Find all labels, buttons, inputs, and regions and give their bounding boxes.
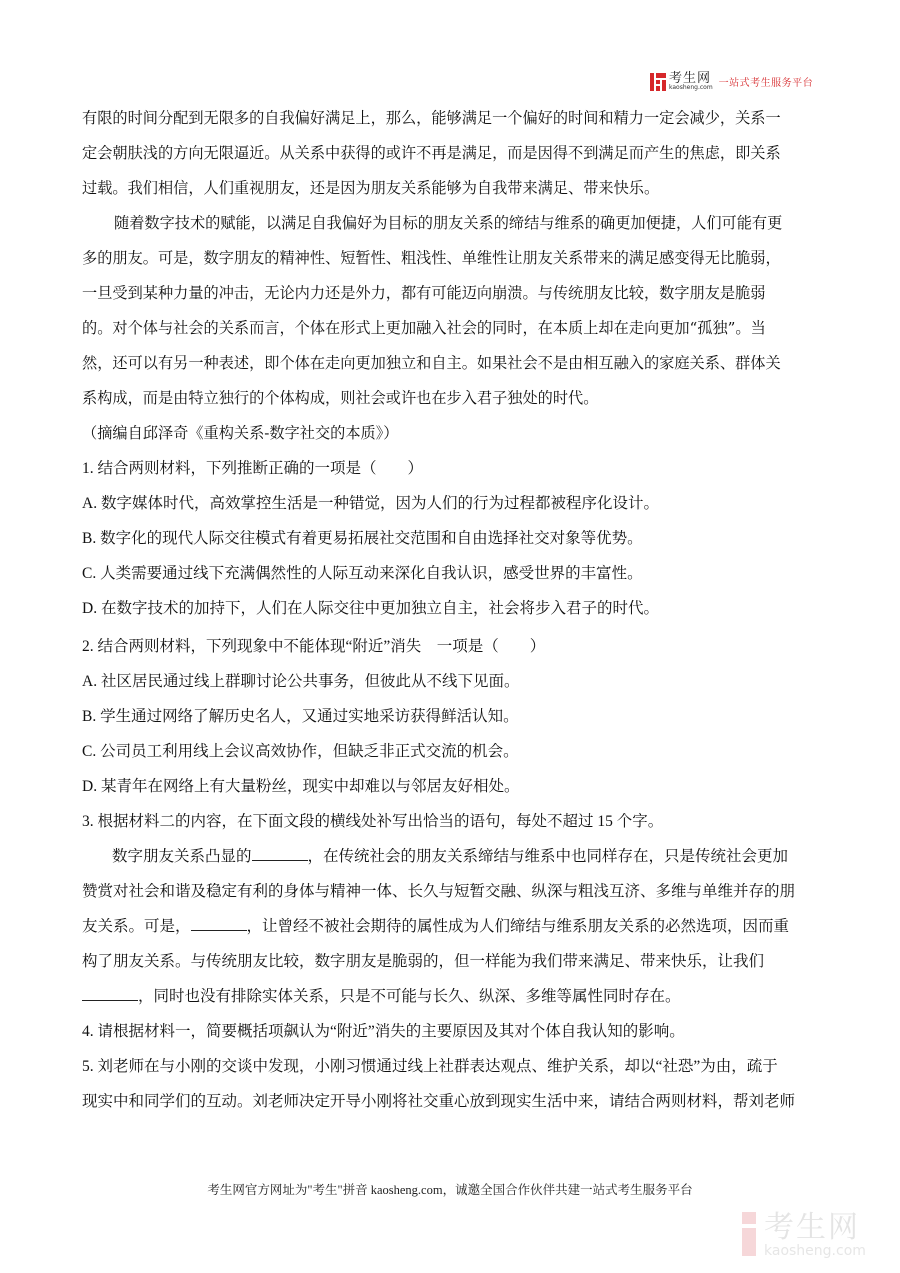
watermark-cn: 考生网: [764, 1212, 866, 1244]
option-b: B. 学生通过网络了解历史名人，又通过实地采访获得鲜活认知。: [82, 699, 820, 734]
question-1: 1. 结合两则材料，下列推断正确的一项是（ ） A. 数字媒体时代，高效掌控生活…: [82, 451, 820, 626]
logo-en: kaosheng.com: [669, 85, 713, 91]
text-line: 随着数字技术的赋能，以满足自我偏好为目标的朋友关系的缔结与维系的确更加便捷，人们…: [82, 206, 820, 241]
fill-line-3: 友关系。可是，，让曾经不被社会期待的属性成为人们缔结与维系朋友关系的必然选项，因…: [82, 909, 820, 944]
text-line: 一旦受到某种力量的冲击，无论内力还是外力，都有可能迈向崩溃。与传统朋友比较，数字…: [82, 276, 820, 311]
text-line: 系构成，而是由特立独行的个体构成，则社会或许也在步入君子独处的时代。: [82, 381, 820, 416]
fill-line-1: 数字朋友关系凸显的，在传统社会的朋友关系缔结与维系中也同样存在，只是传统社会更加: [82, 839, 820, 874]
question-2: 2. 结合两则材料，下列现象中不能体现“附近”消失 一项是（ ） A. 社区居民…: [82, 629, 820, 804]
watermark: 考生网 kaosheng.com: [742, 1212, 866, 1258]
answer-blank-2[interactable]: [191, 914, 247, 931]
question-stem: 4. 请根据材料一，简要概括项飙认为“附近”消失的主要原因及其对个体自我认知的影…: [82, 1014, 820, 1049]
text-segment: 友关系。可是，: [82, 918, 191, 935]
answer-blank-3[interactable]: [82, 984, 138, 1001]
option-c: C. 人类需要通过线下充满偶然性的人际互动来深化自我认识，感受世界的丰富性。: [82, 556, 820, 591]
text-line: 多的朋友。可是，数字朋友的精神性、短暂性、粗浅性、单维性让朋友关系带来的满足感变…: [82, 241, 820, 276]
fill-line-4: 构了朋友关系。与传统朋友比较，数字朋友是脆弱的，但一样能为我们带来满足、带来快乐…: [82, 944, 820, 979]
watermark-logo-icon: [742, 1212, 756, 1256]
passage-paragraph-2: 随着数字技术的赋能，以满足自我偏好为目标的朋友关系的缔结与维系的确更加便捷，人们…: [82, 206, 820, 416]
fill-line-2: 赞赏对社会和谐及稳定有利的身体与精神一体、长久与短暂交融、纵深与粗浅互济、多维与…: [82, 874, 820, 909]
passage-paragraph-1: 有限的时间分配到无限多的自我偏好满足上，那么，能够满足一个偏好的时间和精力一定会…: [82, 101, 820, 206]
question-stem-cont: 现实中和同学们的互动。刘老师决定开导小刚将社交重心放到现实生活中来，请结合两则材…: [82, 1084, 820, 1119]
question-stem: 1. 结合两则材料，下列推断正确的一项是（ ）: [82, 451, 820, 486]
option-c: C. 公司员工利用线上会议高效协作，但缺乏非正式交流的机会。: [82, 734, 820, 769]
text-line: 的。对个体与社会的关系而言，个体在形式上更加融入社会的同时，在本质上却在走向更加…: [82, 311, 820, 346]
fill-line-5: ，同时也没有排除实体关系，只是不可能与长久、纵深、多维等属性同时存在。: [82, 979, 820, 1014]
kaosheng-logo-icon: [650, 73, 666, 91]
question-3: 3. 根据材料二的内容，在下面文段的横线处补写出恰当的语句，每处不超过 15 个…: [82, 804, 820, 1014]
document-body: 有限的时间分配到无限多的自我偏好满足上，那么，能够满足一个偏好的时间和精力一定会…: [82, 101, 820, 1119]
question-stem: 2. 结合两则材料，下列现象中不能体现“附近”消失 一项是（ ）: [82, 629, 820, 664]
watermark-en: kaosheng.com: [764, 1244, 866, 1258]
text-line: 然，还可以有另一种表述，即个体在走向更加独立和自主。如果社会不是由相互融入的家庭…: [82, 346, 820, 381]
logo-text: 考生网 kaosheng.com: [669, 72, 713, 91]
question-stem: 3. 根据材料二的内容，在下面文段的横线处补写出恰当的语句，每处不超过 15 个…: [82, 804, 820, 839]
header-brand: 考生网 kaosheng.com 一站式考生服务平台: [650, 72, 813, 91]
page-footer: 考生网官方网址为"考生"拼音 kaosheng.com，诚邀全国合作伙伴共建一站…: [0, 1180, 900, 1198]
passage-source: （摘编自邱泽奇《重构关系-数字社交的本质》）: [82, 416, 820, 451]
option-d: D. 在数字技术的加持下，人们在人际交往中更加独立自主，社会将步入君子的时代。: [82, 591, 820, 626]
text-line: 过载。我们相信，人们重视朋友，还是因为朋友关系能够为自我带来满足、带来快乐。: [82, 171, 820, 206]
text-line: 定会朝肤浅的方向无限逼近。从关系中获得的或许不再是满足，而是因得不到满足而产生的…: [82, 136, 820, 171]
option-a: A. 数字媒体时代，高效掌控生活是一种错觉，因为人们的行为过程都被程序化设计。: [82, 486, 820, 521]
text-segment: 数字朋友关系凸显的: [112, 848, 252, 865]
text-segment: ，让曾经不被社会期待的属性成为人们缔结与维系朋友关系的必然选项，因而重: [247, 918, 790, 935]
text-line: 有限的时间分配到无限多的自我偏好满足上，那么，能够满足一个偏好的时间和精力一定会…: [82, 101, 820, 136]
option-a: A. 社区居民通过线上群聊讨论公共事务，但彼此从不线下见面。: [82, 664, 820, 699]
text-segment: ，在传统社会的朋友关系缔结与维系中也同样存在，只是传统社会更加: [308, 848, 789, 865]
question-stem: 5. 刘老师在与小刚的交谈中发现，小刚习惯通过线上社群表达观点、维护关系，却以“…: [82, 1049, 820, 1084]
source-citation: （摘编自邱泽奇《重构关系-数字社交的本质》）: [82, 416, 820, 451]
option-b: B. 数字化的现代人际交往模式有着更易拓展社交范围和自由选择社交对象等优势。: [82, 521, 820, 556]
question-5: 5. 刘老师在与小刚的交谈中发现，小刚习惯通过线上社群表达观点、维护关系，却以“…: [82, 1049, 820, 1119]
watermark-text: 考生网 kaosheng.com: [764, 1212, 866, 1258]
answer-blank-1[interactable]: [252, 844, 308, 861]
header-slogan: 一站式考生服务平台: [719, 74, 814, 89]
text-segment: ，同时也没有排除实体关系，只是不可能与长久、纵深、多维等属性同时存在。: [138, 988, 681, 1005]
question-4: 4. 请根据材料一，简要概括项飙认为“附近”消失的主要原因及其对个体自我认知的影…: [82, 1014, 820, 1049]
option-d: D. 某青年在网络上有大量粉丝，现实中却难以与邻居友好相处。: [82, 769, 820, 804]
